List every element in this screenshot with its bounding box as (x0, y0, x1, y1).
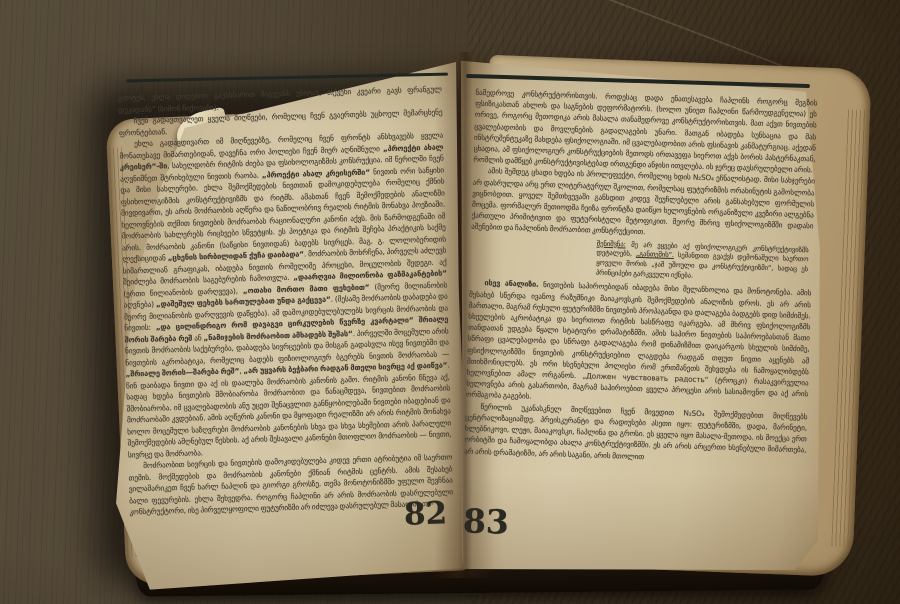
photo-of-open-book: გიოტეს, ეხლა დიდებით გაუხსნარით მაგვეანს… (0, 0, 900, 604)
photo-vignette (0, 0, 900, 604)
